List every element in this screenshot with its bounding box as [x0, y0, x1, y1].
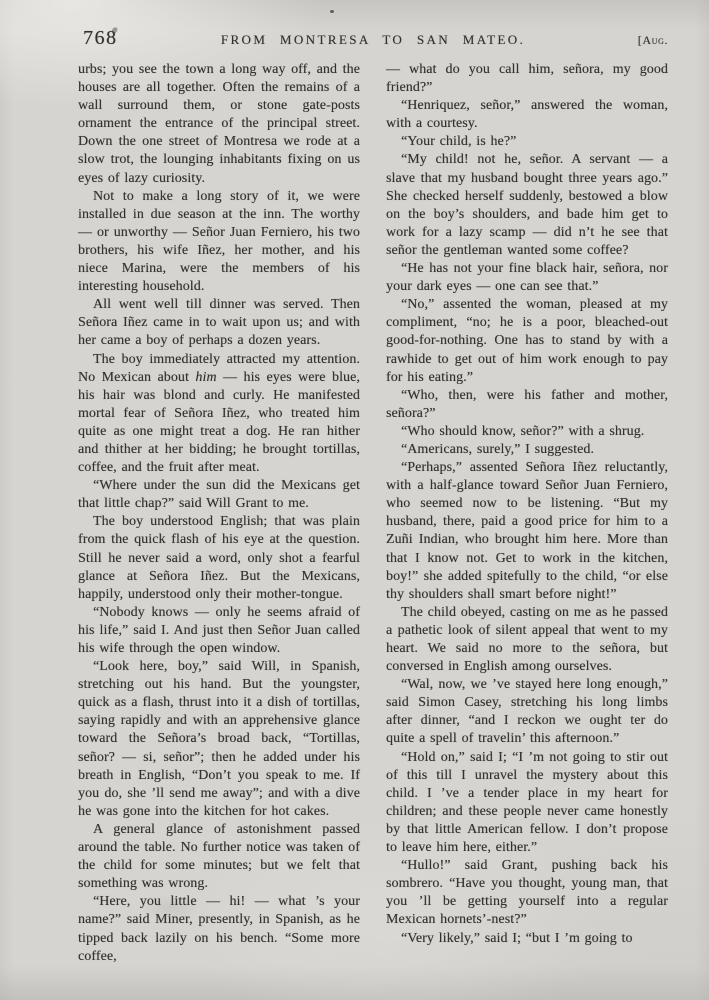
- paragraph: “Henriquez, señor,” answered the woman, …: [386, 97, 668, 133]
- page-header: 768 FROM MONTRESA TO SAN MATEO. [Aug.: [78, 27, 668, 53]
- paragraph: “Who should know, señor?” with a shrug.: [386, 423, 668, 441]
- paragraph: “Hullo!” said Grant, pushing back his so…: [386, 857, 668, 929]
- paragraph: “Americans, surely,” I suggested.: [386, 441, 668, 459]
- paragraph: The boy understood English; that was pla…: [78, 513, 360, 603]
- paragraph: The child obeyed, casting on me as he pa…: [386, 604, 668, 676]
- running-title: FROM MONTRESA TO SAN MATEO.: [78, 32, 668, 48]
- paragraph: “Who, then, were his father and mother, …: [386, 387, 668, 423]
- text-columns: urbs; you see the town a long way off, a…: [78, 61, 668, 966]
- issue-label: [Aug.: [638, 33, 668, 48]
- paragraph: “Here, you little — hi! — what ’s your n…: [78, 893, 360, 965]
- paragraph: “Wal, now, we ’ve stayed here long enoug…: [386, 676, 668, 748]
- paragraph: “Hold on,” said I; “I ’m not going to st…: [386, 749, 668, 858]
- paragraph: urbs; you see the town a long way off, a…: [78, 61, 360, 188]
- scan-speck: [330, 10, 334, 13]
- paragraph: “Look here, boy,” said Will, in Spanish,…: [78, 658, 360, 821]
- paragraph: “He has not your fine black hair, señora…: [386, 260, 668, 296]
- paragraph: Not to make a long story of it, we were …: [78, 188, 360, 297]
- paragraph: “No,” assented the woman, pleased at my …: [386, 296, 668, 386]
- paragraph: “My child! not he, señor. A servant — a …: [386, 151, 668, 260]
- book-page: 768 FROM MONTRESA TO SAN MATEO. [Aug. ur…: [0, 0, 709, 1000]
- paragraph: “Where under the sun did the Mexicans ge…: [78, 477, 360, 513]
- paragraph: — what do you call him, señora, my good …: [386, 61, 668, 97]
- paragraph: “Very likely,” said I; “but I ’m going t…: [386, 930, 668, 948]
- left-column: urbs; you see the town a long way off, a…: [78, 61, 360, 966]
- paragraph: The boy immediately attracted my attenti…: [78, 351, 360, 478]
- paragraph: “Perhaps,” assented Señora Iñez reluctan…: [386, 459, 668, 604]
- right-column: — what do you call him, señora, my good …: [386, 61, 668, 966]
- paragraph: All went well till dinner was served. Th…: [78, 296, 360, 350]
- paragraph: “Nobody knows — only he seems afraid of …: [78, 604, 360, 658]
- paragraph: A general glance of astonishment passed …: [78, 821, 360, 893]
- paragraph: “Your child, is he?”: [386, 133, 668, 151]
